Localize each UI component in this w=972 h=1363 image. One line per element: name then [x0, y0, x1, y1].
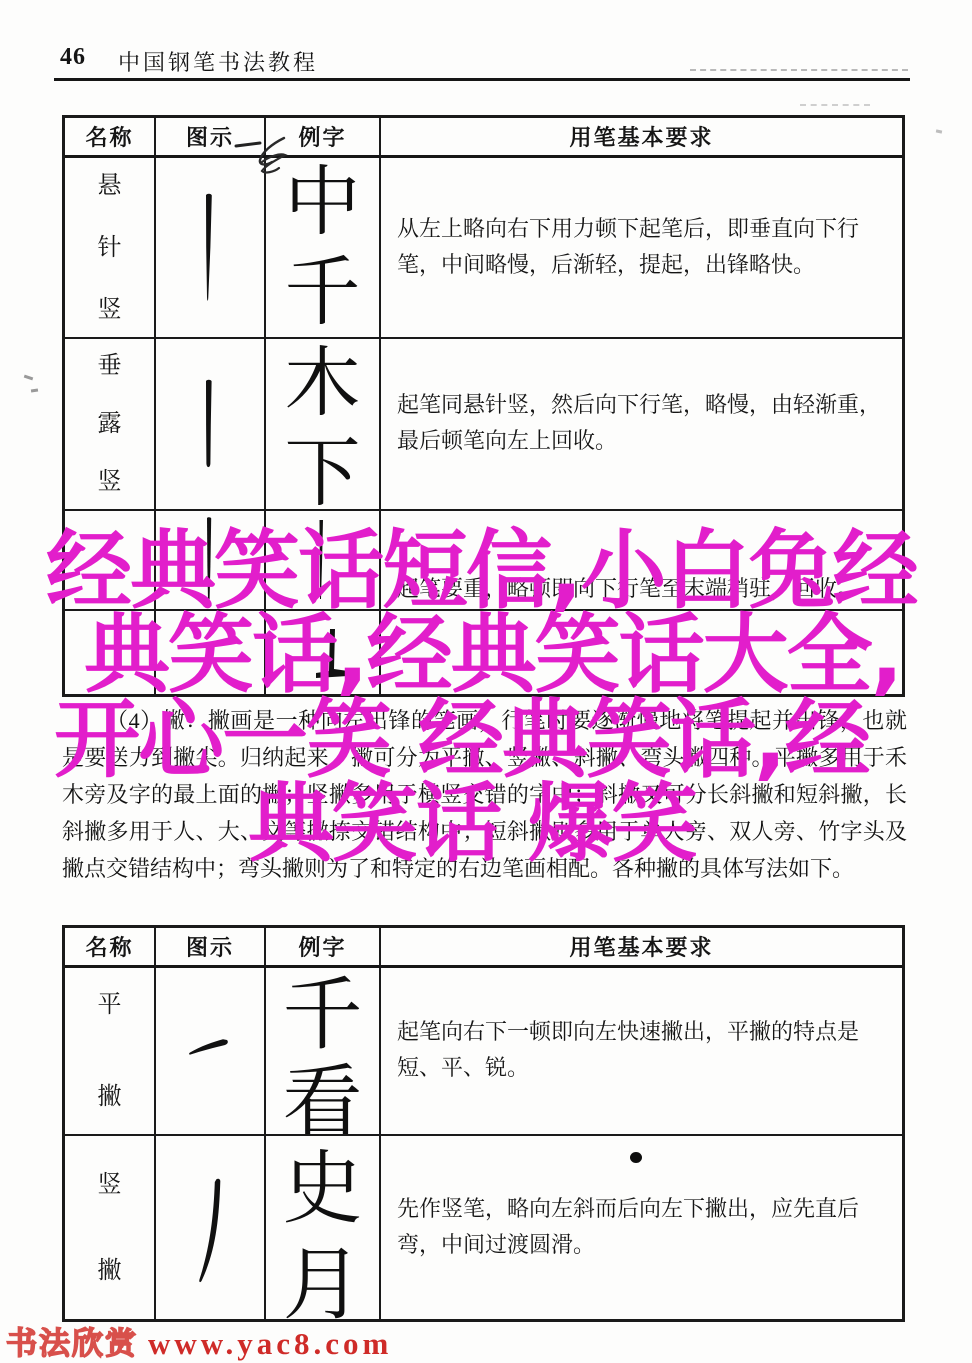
- col-header-example: 例字: [266, 928, 381, 968]
- stroke-illustration-cell: [156, 158, 266, 339]
- header-rule: [54, 78, 910, 81]
- site-watermark-name: 书法欣赏: [6, 1326, 138, 1361]
- table-row-name: 悬针竖: [65, 158, 156, 339]
- col-header-illustration: 图示: [156, 928, 266, 968]
- stroke-table-pie: 名称 图示 例字 用笔基本要求 平撇 千看 起笔向右下一顿即向左快速撇出，平撇的…: [62, 925, 905, 1322]
- col-header-requirements: 用笔基本要求: [381, 118, 902, 158]
- overlay-watermark-text-line4: 典笑话 爆笑: [248, 781, 696, 867]
- overlay-watermark-text-line1: 经典笑话短信,小白兔经: [46, 528, 917, 614]
- col-header-name: 名称: [65, 118, 156, 158]
- page-number: 46: [60, 44, 86, 71]
- site-watermark-url: www.yac8.com: [148, 1326, 392, 1361]
- book-title: 中国钢笔书法教程: [118, 46, 318, 77]
- col-header-requirements: 用笔基本要求: [381, 928, 902, 968]
- requirements-cell: 从左上略向右下用力顿下起笔后，即垂直向下行笔，中间略慢，后渐轻，提起，出锋略快。: [381, 158, 902, 339]
- scan-speck: [24, 375, 33, 381]
- scan-artifact-dashes: [690, 69, 908, 71]
- vertical-pie-stroke-icon: [198, 1178, 224, 1286]
- example-characters-cell: 史月: [266, 1136, 381, 1319]
- requirements-cell: 先作竖笔，略向左斜而后向左下撇出，应先直后弯，中间过渡圆滑。: [381, 1136, 902, 1319]
- col-header-name: 名称: [65, 928, 156, 968]
- table-row-name: 平撇: [65, 968, 156, 1136]
- requirements-cell: 起笔向右下一顿即向左快速撇出，平撇的特点是短、平、锐。: [381, 968, 902, 1136]
- example-characters-cell: 千看: [266, 968, 381, 1136]
- site-watermark: 书法欣赏www.yac8.com: [6, 1318, 392, 1363]
- dew-drop-stroke-icon: [202, 379, 216, 473]
- overlay-watermark-text-line3: 开心一笑 经典笑话,经: [54, 697, 869, 783]
- stroke-illustration-cell: [156, 968, 266, 1136]
- handwritten-annotation-squiggle: [232, 132, 304, 180]
- table-row-name: 垂露竖: [65, 339, 156, 511]
- stroke-illustration-cell: [156, 339, 266, 511]
- overlay-watermark-text-line2: 典笑话,经典笑话大全,: [84, 612, 901, 698]
- scan-speck: [31, 389, 38, 393]
- flat-pie-stroke-icon: [188, 1038, 230, 1056]
- table-row-name: 竖撇: [65, 1136, 156, 1319]
- stroke-illustration-cell: [156, 1136, 266, 1319]
- scan-speck: [936, 129, 942, 133]
- hanging-needle-stroke-icon: [202, 193, 216, 305]
- requirements-cell: 起笔同悬针竖，然后向下行笔，略慢，由轻渐重，最后顿笔向左上回收。: [381, 339, 902, 511]
- example-characters-cell: 中千: [266, 158, 381, 339]
- ink-blot-artifact: [630, 1152, 642, 1163]
- example-characters-cell: 木下: [266, 339, 381, 511]
- scan-artifact-dashes: [800, 104, 870, 106]
